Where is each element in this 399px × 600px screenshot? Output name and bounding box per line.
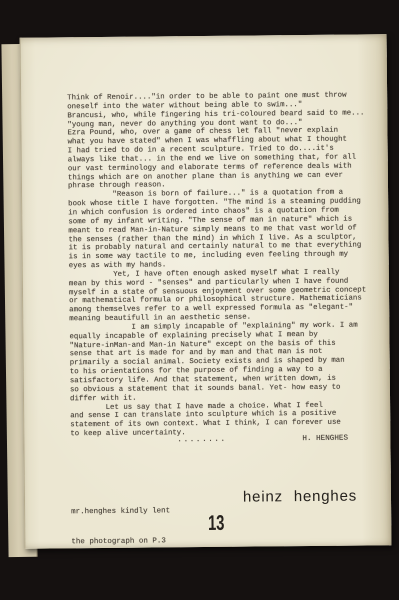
artist-name: heinz henghes [243, 488, 357, 506]
signature-row: ........ H. HENGHES [70, 434, 370, 449]
signature-name: H. HENGHES [302, 435, 348, 443]
page-number: 13 [200, 511, 233, 536]
book-page: Think of Renoir...."in order to be able … [20, 34, 392, 548]
credit-line: mr.henghes kindly lent [71, 506, 170, 517]
typewritten-statement: Think of Renoir...."in order to be able … [67, 91, 367, 439]
book-photograph: Think of Renoir...."in order to be able … [0, 0, 399, 600]
credit-line: the photograph on P.3 [71, 536, 170, 547]
photo-credit: mr.henghes kindly lent the photograph on… [71, 486, 171, 567]
signature-dots: ........ [177, 436, 226, 444]
